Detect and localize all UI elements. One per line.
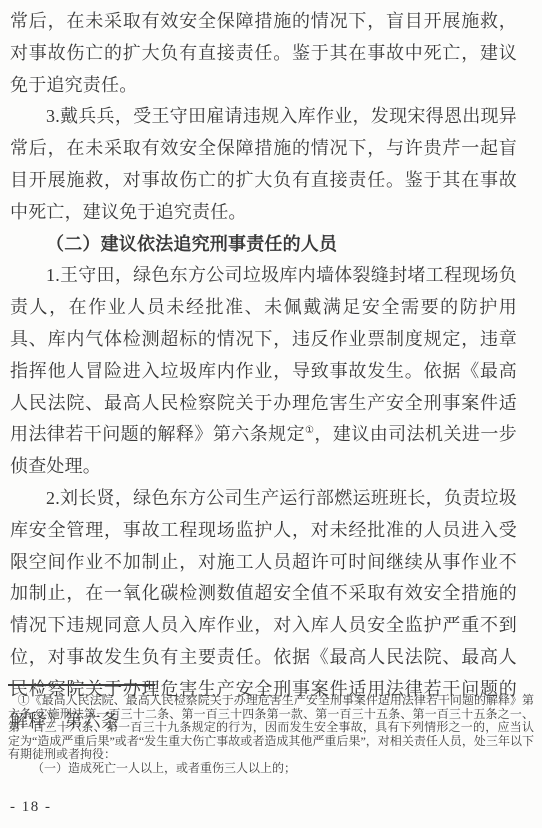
section-heading: （二）建议依法追究刑事责任的人员 [10,229,517,261]
page-number: - 18 - [10,799,52,816]
main-text-block: 常后，在未采取有效安全保障措施的情况下，盲目开展施救，对事故伤亡的扩大负有直接责… [10,6,517,737]
paragraph-continuation: 常后，在未采取有效安全保障措施的情况下，盲目开展施救，对事故伤亡的扩大负有直接责… [10,6,517,101]
footnote-separator-rule [8,684,155,686]
paragraph-text-before-ref: 1.王守田，绿色东方公司垃圾库内墙体裂缝封堵工程现场负责人，在作业人员未经批准、… [10,265,517,444]
footnote-reference-marker: ① [305,425,314,436]
document-page: 常后，在未采取有效安全保障措施的情况下，盲目开展施救，对事故伤亡的扩大负有直接责… [0,0,542,828]
footnote-text: ①《最高人民法院、最高人民检察院关于办理危害生产安全刑事案件适用法律若干问题的解… [8,694,534,762]
footnote-item-1: （一）造成死亡一人以上，或者重伤三人以上的； [8,762,534,776]
paragraph-item-3-daibingbing: 3.戴兵兵，受王守田雇请违规入库作业，发现宋得恩出现异常后，在未采取有效安全保障… [10,101,517,228]
footnote-block: ①《最高人民法院、最高人民检察院关于办理危害生产安全刑事案件适用法律若干问题的解… [8,694,534,776]
paragraph-item-1-wangshoutian: 1.王守田，绿色东方公司垃圾库内墙体裂缝封堵工程现场负责人，在作业人员未经批准、… [10,260,517,483]
